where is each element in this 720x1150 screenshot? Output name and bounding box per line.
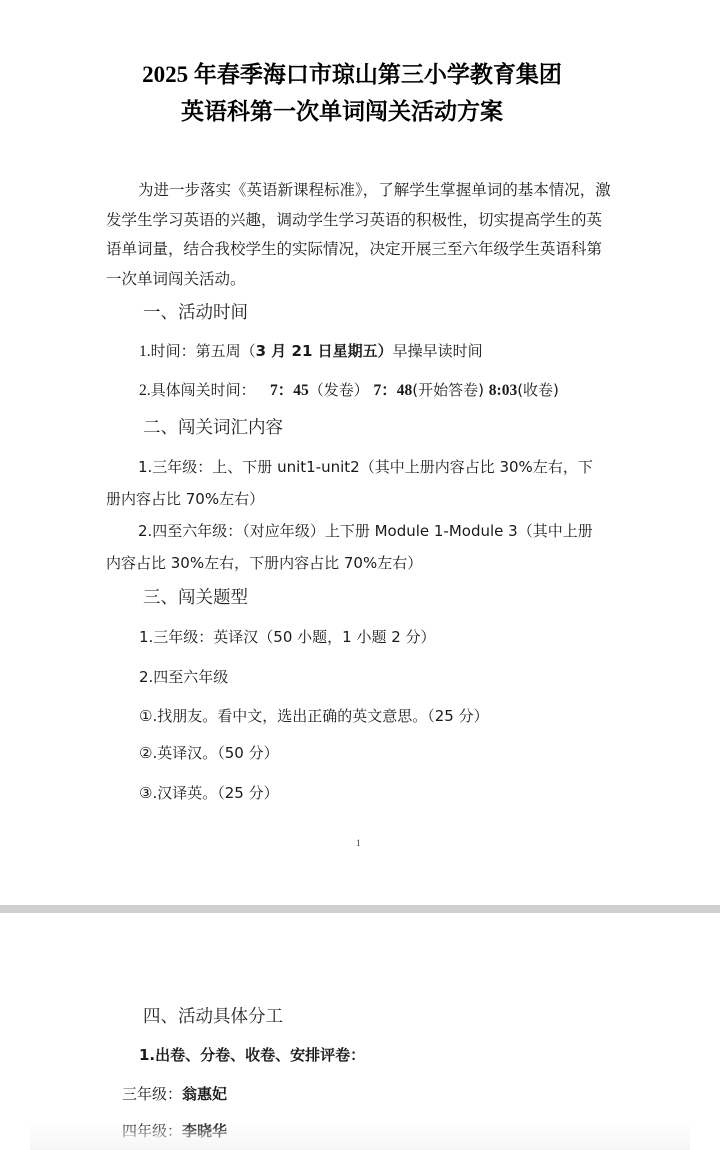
section1-item2: 2.具体闯关时间： 7：45（发卷） 7：48(开始答卷) 8:03(收卷) [139,378,559,400]
section2-item2: 2.四至六年级：（对应年级）上下册 Module 1-Module 3（其中上册… [106,515,606,579]
grade3-assignment: 三年级：翁惠妃 [122,1083,227,1104]
time-note: (收卷) [517,381,559,399]
item-number: 1. [139,343,151,360]
section3-sub3: ③.汉译英。（25 分） [139,782,279,803]
item-number: 2. [139,382,151,399]
section4-item1: 1.出卷、分卷、收卷、安排评卷： [139,1044,365,1065]
teacher-name: 翁惠妃 [182,1085,227,1103]
section3-sub1: ①.找朋友。看中文，选出正确的英文意思。（25 分） [139,705,489,726]
grade-label: 三年级： [122,1085,182,1103]
time-start: 7：48 [374,382,413,399]
date-text: 3 月 21 日星期五） [256,342,393,360]
time-note: （发卷） [309,381,369,399]
section1-heading: 一、活动时间 [143,299,248,324]
time-collect: 8:03 [489,382,517,399]
item-label: 时间：第五周（ [151,342,256,360]
time-note: (开始答卷) [412,381,484,399]
page-number: 1 [356,838,361,848]
section3-item1: 1.三年级：英译汉（50 小题，1 小题 2 分） [139,626,436,647]
item-label: 具体闯关时间： [151,381,256,399]
document-page-1: 2025 年春季海口市琼山第三小学教育集团 英语科第一次单词闯关活动方案 为进一… [0,0,720,905]
bottom-fade [30,1122,690,1150]
document-title-line2: 英语科第一次单词闯关活动方案 [0,93,702,126]
section2-heading: 二、闯关词汇内容 [143,414,283,439]
section2-item1: 1.三年级：上、下册 unit1-unit2（其中上册内容占比 30%左右，下册… [106,451,606,515]
section3-sub2: ②.英译汉。（50 分） [139,742,279,763]
time-hand-out: 7：45 [270,382,309,399]
intro-paragraph: 为进一步落实《英语新课程标准》，了解学生掌握单词的基本情况，激发学生学习英语的兴… [106,176,616,294]
section1-item1: 1.时间：第五周（3 月 21 日星期五）早操早读时间 [139,340,483,361]
section4-heading: 四、活动具体分工 [143,1003,283,1028]
document-page-2: 四、活动具体分工 1.出卷、分卷、收卷、安排评卷： 三年级：翁惠妃 四年级：李晓… [0,913,720,1150]
page-separator [0,905,720,913]
section3-item2: 2.四至六年级 [139,666,228,687]
section3-heading: 三、闯关题型 [143,584,248,609]
item-suffix: 早操早读时间 [393,342,483,360]
document-title-line1: 2025 年春季海口市琼山第三小学教育集团 [0,56,712,89]
